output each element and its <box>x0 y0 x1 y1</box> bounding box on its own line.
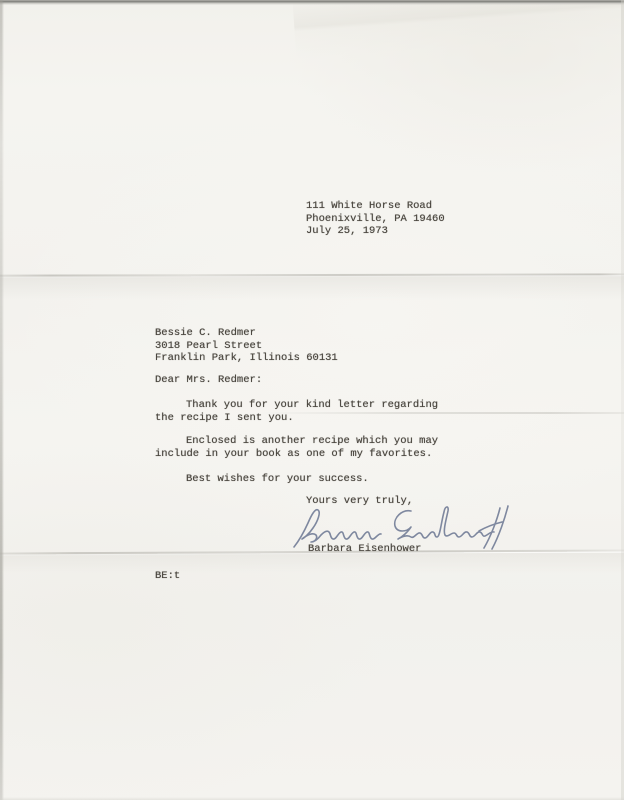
typed-signature-name: Barbara Eisenhower <box>308 543 421 556</box>
fold-crease-diagonal <box>292 0 624 58</box>
recipient-name: Bessie C. Redmer <box>155 327 338 340</box>
paragraph-line: Thank you for your kind letter regarding <box>155 399 438 412</box>
signature-stroke-last-name <box>395 507 494 539</box>
scan-edge-left <box>0 0 4 800</box>
recipient-address-line: Franklin Park, Illinois 60131 <box>155 352 338 365</box>
salutation-line: Dear Mrs. Redmer: <box>155 374 262 387</box>
scan-edge-top <box>0 0 624 5</box>
initials-line: BE:t <box>155 570 180 583</box>
recipient-address-block: Bessie C. Redmer 3018 Pearl Street Frank… <box>155 327 338 365</box>
salutation: Dear Mrs. Redmer: <box>155 374 262 387</box>
paragraph-line: the recipe I sent you. <box>155 412 438 425</box>
fold-crease-lower-shadow <box>0 553 624 573</box>
body-paragraph-2: Enclosed is another recipe which you may… <box>155 435 438 460</box>
recipient-address-line: 3018 Pearl Street <box>155 340 338 353</box>
typist-reference-initials: BE:t <box>155 570 180 583</box>
scanned-letter-page: 111 White Horse Road Phoenixville, PA 19… <box>0 0 624 800</box>
signature-stroke-flourish <box>479 522 502 531</box>
letter-date: July 25, 1973 <box>306 225 445 238</box>
sender-address-block: 111 White Horse Road Phoenixville, PA 19… <box>306 200 445 238</box>
paragraph-line: Enclosed is another recipe which you may <box>155 435 438 448</box>
fold-crease-upper-shadow <box>0 276 624 300</box>
paragraph-line: include in your book as one of my favori… <box>155 448 438 461</box>
sender-address-line: Phoenixville, PA 19460 <box>306 213 445 226</box>
paragraph-line: Best wishes for your success. <box>155 473 369 486</box>
body-paragraph-3: Best wishes for your success. <box>155 473 369 486</box>
body-paragraph-1: Thank you for your kind letter regarding… <box>155 399 438 424</box>
signature-stroke-first-name <box>294 510 381 547</box>
sender-address-line: 111 White Horse Road <box>306 200 445 213</box>
typed-name-line: Barbara Eisenhower <box>308 543 421 556</box>
